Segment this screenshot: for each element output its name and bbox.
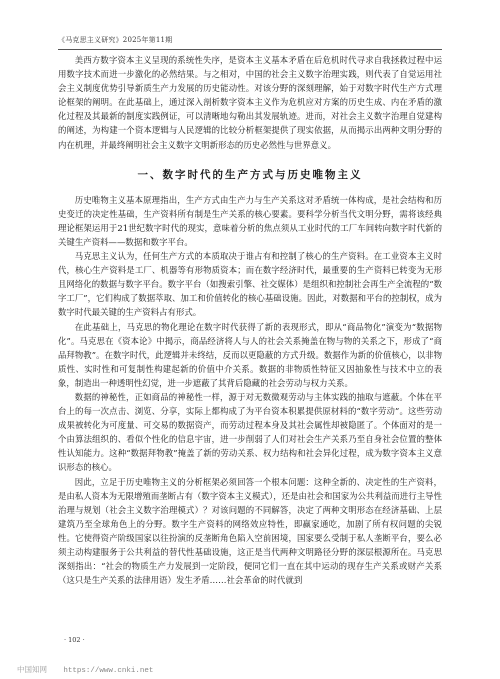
body-paragraph: 历史唯物主义基本原理指出，生产方式由生产力与生产关系这对矛盾统一体构成，是社会结… [58, 193, 442, 249]
body-paragraph: 在此基础上，马克思的物化理论在数字时代获得了新的表现形式，即从“商品物化”演变为… [58, 320, 442, 390]
journal-header: 《马克思主义研究》2025年第11期 [58, 35, 442, 50]
body-paragraph: 因此，立足于历史唯物主义的分析框架必须回答一个根本问题：这种全新的、决定性的生产… [58, 475, 442, 588]
article-body: 美西方数字资本主义呈现的系统性失序，是资本主义基本矛盾在后危机时代寻求自我拯救过… [58, 53, 442, 587]
cnki-watermark: 中国知网 https://www.cnki.net [17, 664, 153, 675]
intro-paragraph: 美西方数字资本主义呈现的系统性失序，是资本主义基本矛盾在后危机时代寻求自我拯救过… [58, 53, 442, 152]
watermark-url: https://www.cnki.net [63, 667, 153, 675]
section-heading: 一、数字时代的生产方式与历史唯物主义 [58, 168, 442, 182]
watermark-site: 中国知网 [17, 665, 47, 674]
body-paragraph: 马克思主义认为，任何生产方式的本质取决于谁占有和控制了核心的生产资料。在工业资本… [58, 249, 442, 319]
body-paragraph: 数据的神秘性，正如商品的神秘性一样，源于对无数微观劳动与主体实践的抽取与遮蔽。个… [58, 390, 442, 475]
page-number: · 102 · [64, 636, 85, 644]
journal-title: 《马克思主义研究》2025年第11期 [58, 36, 172, 44]
